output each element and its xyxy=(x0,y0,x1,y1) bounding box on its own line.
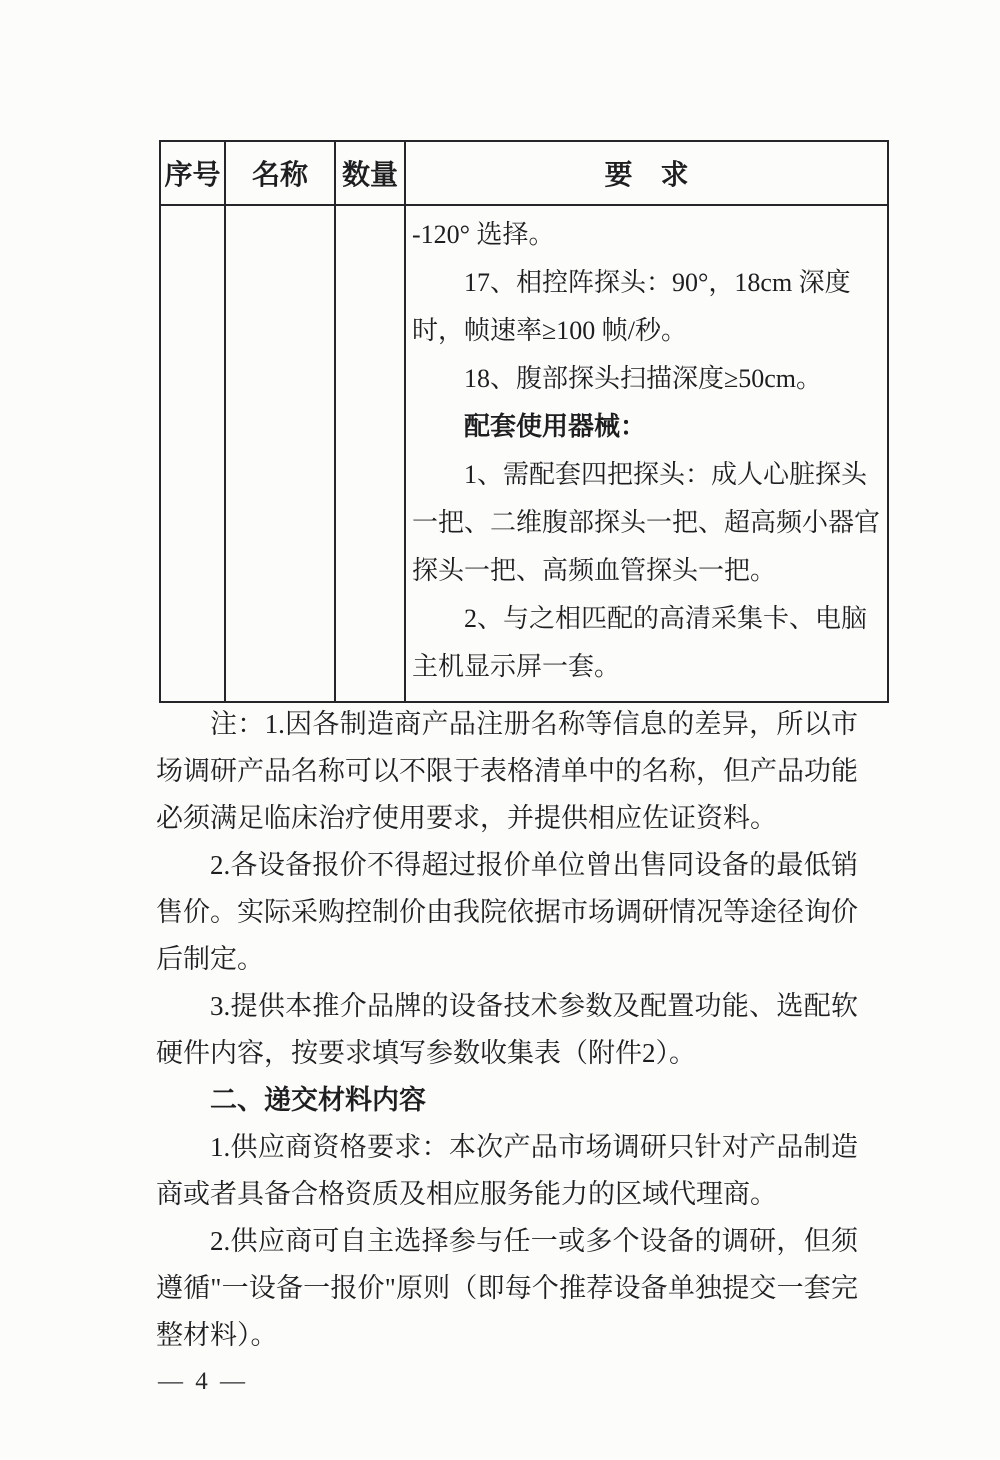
note-paragraph-3: 3.提供本推介品牌的设备技术参数及配置功能、选配软硬件内容，按要求填写参数收集表… xyxy=(156,983,858,1077)
requirement-line: 时，帧速率≥100 帧/秒。 xyxy=(412,307,881,355)
section2-heading: 二、递交材料内容 xyxy=(156,1077,858,1124)
cell-name xyxy=(225,205,335,702)
header-qty: 数量 xyxy=(335,141,405,205)
page-number: — 4 — xyxy=(158,1368,248,1396)
section2-paragraph-1: 1.供应商资格要求：本次产品市场调研只针对产品制造商或者具备合格资质及相应服务能… xyxy=(156,1124,858,1218)
header-requirements: 要 求 xyxy=(405,141,888,205)
table-body-row: -120° 选择。 17、相控阵探头：90°，18cm 深度 时，帧速率≥100… xyxy=(160,205,888,702)
document-page: 序号 名称 数量 要 求 -120° 选择。 17、相控阵探头：90°，18cm… xyxy=(0,0,1000,1460)
requirement-line: -120° 选择。 xyxy=(412,211,881,259)
header-name: 名称 xyxy=(225,141,335,205)
cell-seq xyxy=(160,205,225,702)
body-text-block: 注：1.因各制造商产品注册名称等信息的差异，所以市场调研产品名称可以不限于表格清… xyxy=(156,701,858,1359)
spec-table: 序号 名称 数量 要 求 -120° 选择。 17、相控阵探头：90°，18cm… xyxy=(159,140,889,703)
requirement-line: 18、腹部探头扫描深度≥50cm。 xyxy=(412,355,881,403)
requirement-line-subheading: 配套使用器械： xyxy=(412,403,881,451)
table-header-row: 序号 名称 数量 要 求 xyxy=(160,141,888,205)
cell-requirements: -120° 选择。 17、相控阵探头：90°，18cm 深度 时，帧速率≥100… xyxy=(405,205,888,702)
note-paragraph-2: 2.各设备报价不得超过报价单位曾出售同设备的最低销售价。实际采购控制价由我院依据… xyxy=(156,842,858,983)
requirement-line: 2、与之相匹配的高清采集卡、电脑 xyxy=(412,595,881,643)
requirement-line: 1、需配套四把探头：成人心脏探头 xyxy=(412,451,881,499)
note-paragraph-1: 注：1.因各制造商产品注册名称等信息的差异，所以市场调研产品名称可以不限于表格清… xyxy=(156,701,858,842)
requirement-line: 主机显示屏一套。 xyxy=(412,643,881,691)
section2-paragraph-2: 2.供应商可自主选择参与任一或多个设备的调研，但须遵循"一设备一报价"原则（即每… xyxy=(156,1218,858,1359)
cell-qty xyxy=(335,205,405,702)
requirement-line: 一把、二维腹部探头一把、超高频小器官 xyxy=(412,499,881,547)
requirement-line: 探头一把、高频血管探头一把。 xyxy=(412,547,881,595)
header-seq: 序号 xyxy=(160,141,225,205)
requirement-line: 17、相控阵探头：90°，18cm 深度 xyxy=(412,259,881,307)
